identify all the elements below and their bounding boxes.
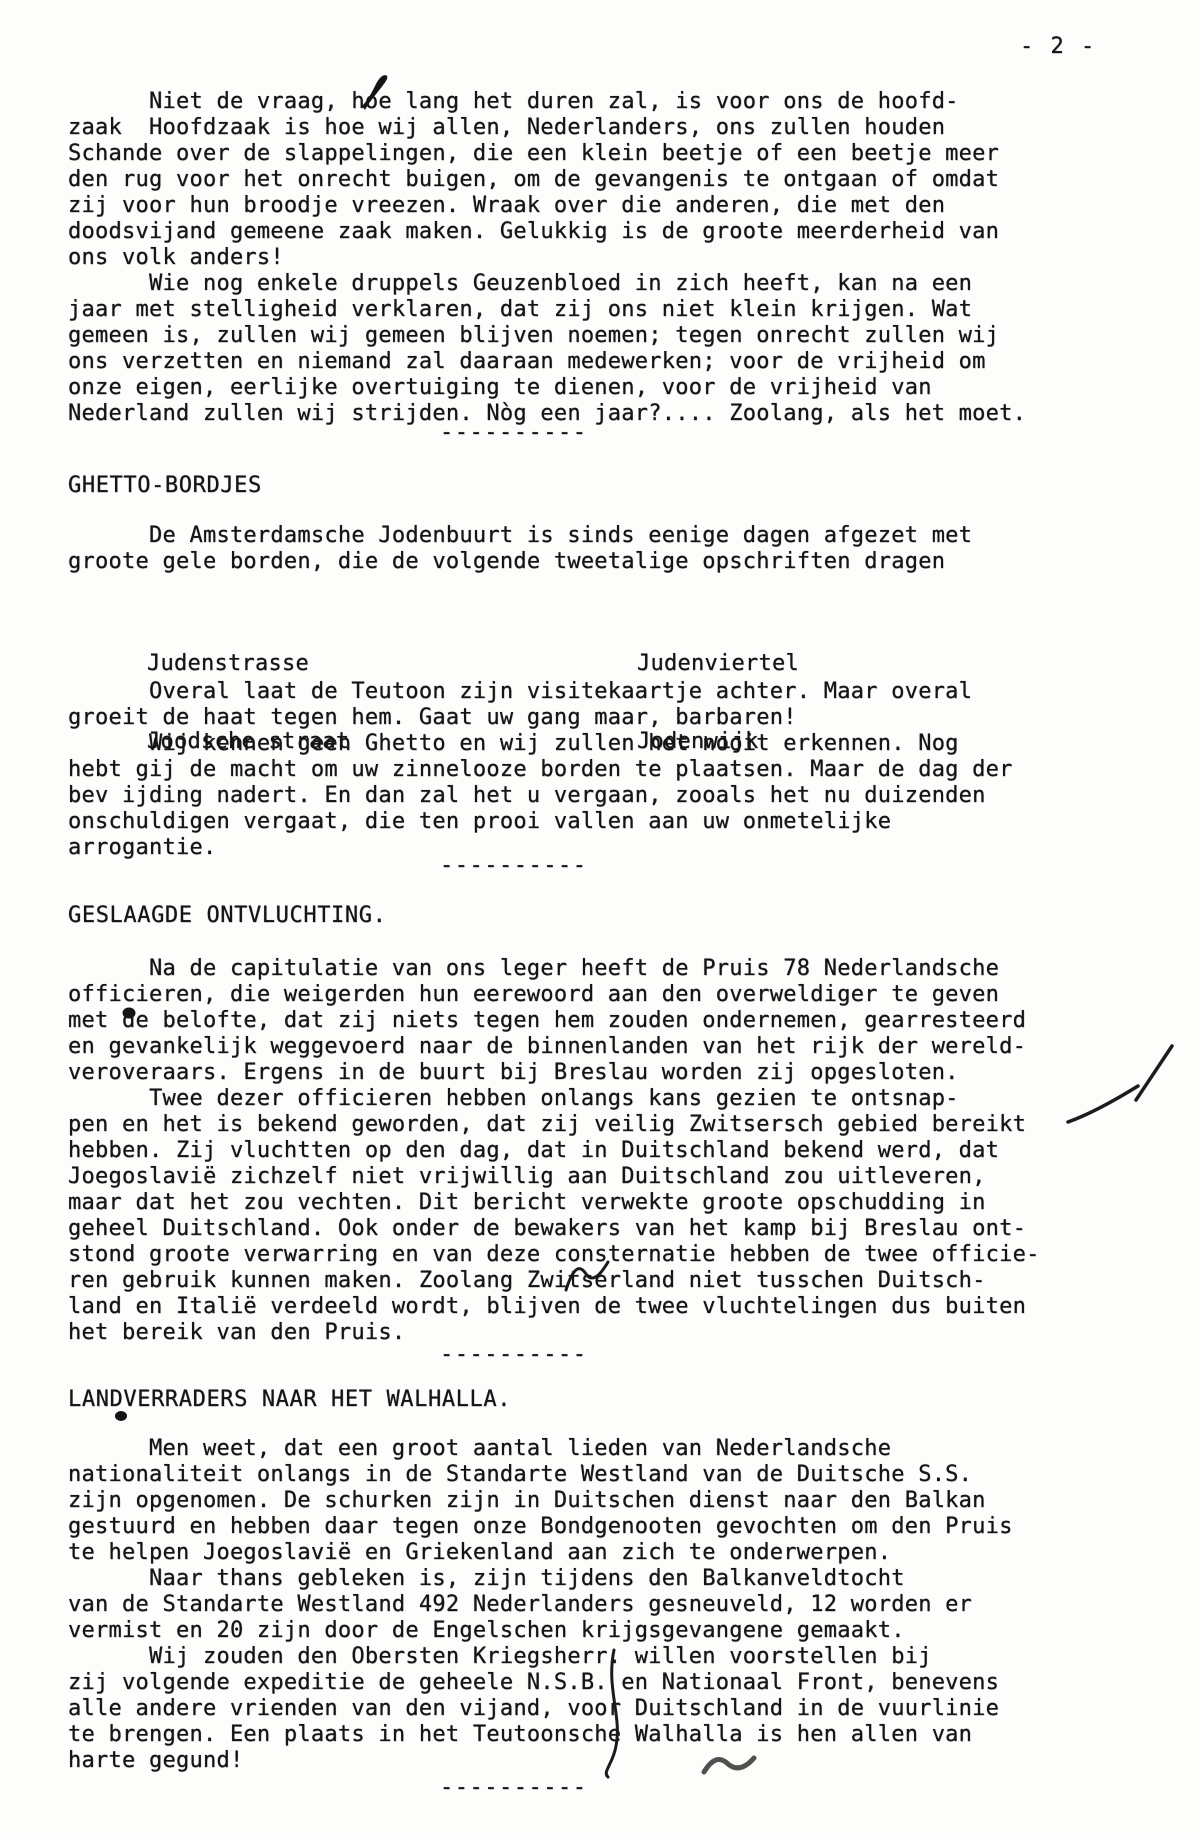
text-line: officieren, die weigerden hun eerewoord … (68, 982, 1040, 1008)
section-divider: ---------- (440, 420, 587, 446)
pen-slash-mark (1128, 1042, 1176, 1104)
text-line: gemeen is, zullen wij gemeen blijven noe… (68, 323, 1026, 349)
text-line: Wie nog enkele druppels Geuzenbloed in z… (68, 271, 1026, 297)
text-line: den rug voor het onrecht buigen, om de g… (68, 167, 999, 193)
text-line: hebt gij de macht om uw zinnelooze borde… (68, 757, 1013, 783)
intro-paragraph-2: Wie nog enkele druppels Geuzenbloed in z… (68, 271, 1026, 427)
text-line: Joegoslavië zichzelf niet vrijwillig aan… (68, 1164, 1040, 1190)
pen-curve-mark (1062, 1080, 1144, 1128)
text-line: harte gegund! (68, 1748, 1013, 1774)
text-line: van de Standarte Westland 492 Nederlande… (68, 1592, 1013, 1618)
page-number: - 2 - (1020, 34, 1096, 60)
text-line: zij voor hun broodje vreezen. Wraak over… (68, 193, 999, 219)
text-line: alle andere vrienden van den vijand, voo… (68, 1696, 1013, 1722)
text-line: Na de capitulatie van ons leger heeft de… (68, 956, 1040, 982)
text-line: Naar thans gebleken is, zijn tijdens den… (68, 1566, 1013, 1592)
text-line: hebben. Zij vluchtten op den dag, dat in… (68, 1138, 1040, 1164)
text-line: jaar met stelligheid verklaren, dat zij … (68, 297, 1026, 323)
text-line: maar dat het zou vechten. Dit bericht ve… (68, 1190, 1040, 1216)
section-divider: ---------- (440, 1775, 587, 1801)
text-line: bev ijding nadert. En dan zal het u verg… (68, 783, 1013, 809)
escape-paragraph: Na de capitulatie van ons leger heeft de… (68, 956, 1040, 1346)
text-line: Wij kennen geen Ghetto en wij zullen het… (68, 731, 1013, 757)
text-line: Wij zouden den Obersten Kriegsherr. will… (68, 1644, 1013, 1670)
text-line: met de belofte, dat zij niets tegen hem … (68, 1008, 1040, 1034)
text-line: Niet de vraag, hoe lang het duren zal, i… (68, 89, 999, 115)
text-line: ren gebruik kunnen maken. Zoolang Zwitse… (68, 1268, 1040, 1294)
section-heading-landverraders: LANDVERRADERS NAAR HET WALHALLA. (68, 1387, 511, 1413)
text-line: Men weet, dat een groot aantal lieden va… (68, 1436, 1013, 1462)
section-divider: ---------- (440, 853, 587, 879)
text-line: doodsvijand gemeene zaak maken. Gelukkig… (68, 219, 999, 245)
traitors-paragraph: Men weet, dat een groot aantal lieden va… (68, 1436, 1013, 1774)
text-line: zij volgende expeditie de geheele N.S.B.… (68, 1670, 1013, 1696)
section-heading-ghetto-bordjes: GHETTO-BORDJES (68, 473, 262, 499)
text-line: stond groote verwarring en van deze cons… (68, 1242, 1040, 1268)
text-line: onze eigen, eerlijke overtuiging te dien… (68, 375, 1026, 401)
section-heading-geslaagde-ontvluchting: GESLAAGDE ONTVLUCHTING. (68, 903, 386, 929)
text-line: Twee dezer officieren hebben onlangs kan… (68, 1086, 1040, 1112)
text-line: te helpen Joegoslavië en Griekenland aan… (68, 1540, 1013, 1566)
ghetto-paragraph-2: Overal laat de Teutoon zijn visitekaartj… (68, 679, 1013, 861)
text-line: Schande over de slappelingen, die een kl… (68, 141, 999, 167)
text-line: ons volk anders! (68, 245, 999, 271)
text-line: land en Italië verdeeld wordt, blijven d… (68, 1294, 1040, 1320)
text-line: gestuurd en hebben daar tegen onze Bondg… (68, 1514, 1013, 1540)
text-line: Overal laat de Teutoon zijn visitekaartj… (68, 679, 1013, 705)
sign-text-german-quarter: Judenviertel (637, 651, 799, 677)
text-line: De Amsterdamsche Jodenbuurt is sinds een… (68, 523, 972, 549)
text-line: veroveraars. Ergens in de buurt bij Bres… (68, 1060, 1040, 1086)
text-line: ons verzetten en niemand zal daaraan med… (68, 349, 1026, 375)
text-line: onschuldigen vergaat, die ten prooi vall… (68, 809, 1013, 835)
text-line: te brengen. Een plaats in het Teutoonsch… (68, 1722, 1013, 1748)
text-line: groote gele borden, die de volgende twee… (68, 549, 972, 575)
text-line: groeit de haat tegen hem. Gaat uw gang m… (68, 705, 1013, 731)
text-line: nationaliteit onlangs in de Standarte We… (68, 1462, 1013, 1488)
intro-paragraph-1: Niet de vraag, hoe lang het duren zal, i… (68, 89, 999, 271)
text-line: vermist en 20 zijn door de Engelschen kr… (68, 1618, 1013, 1644)
text-line: zaak Hoofdzaak is hoe wij allen, Nederla… (68, 115, 999, 141)
section-divider: ---------- (440, 1342, 587, 1368)
scanned-document-page: - 2 - Niet de vraag, hoe lang het duren … (0, 0, 1200, 1838)
ghetto-paragraph-1: De Amsterdamsche Jodenbuurt is sinds een… (68, 523, 972, 575)
text-line: geheel Duitschland. Ook onder de bewaker… (68, 1216, 1040, 1242)
sign-text-german-street: Judenstrasse (147, 651, 349, 677)
text-line: pen en het is bekend geworden, dat zij v… (68, 1112, 1040, 1138)
text-line: en gevankelijk weggevoerd naar de binnen… (68, 1034, 1040, 1060)
text-line: zijn opgenomen. De schurken zijn in Duit… (68, 1488, 1013, 1514)
